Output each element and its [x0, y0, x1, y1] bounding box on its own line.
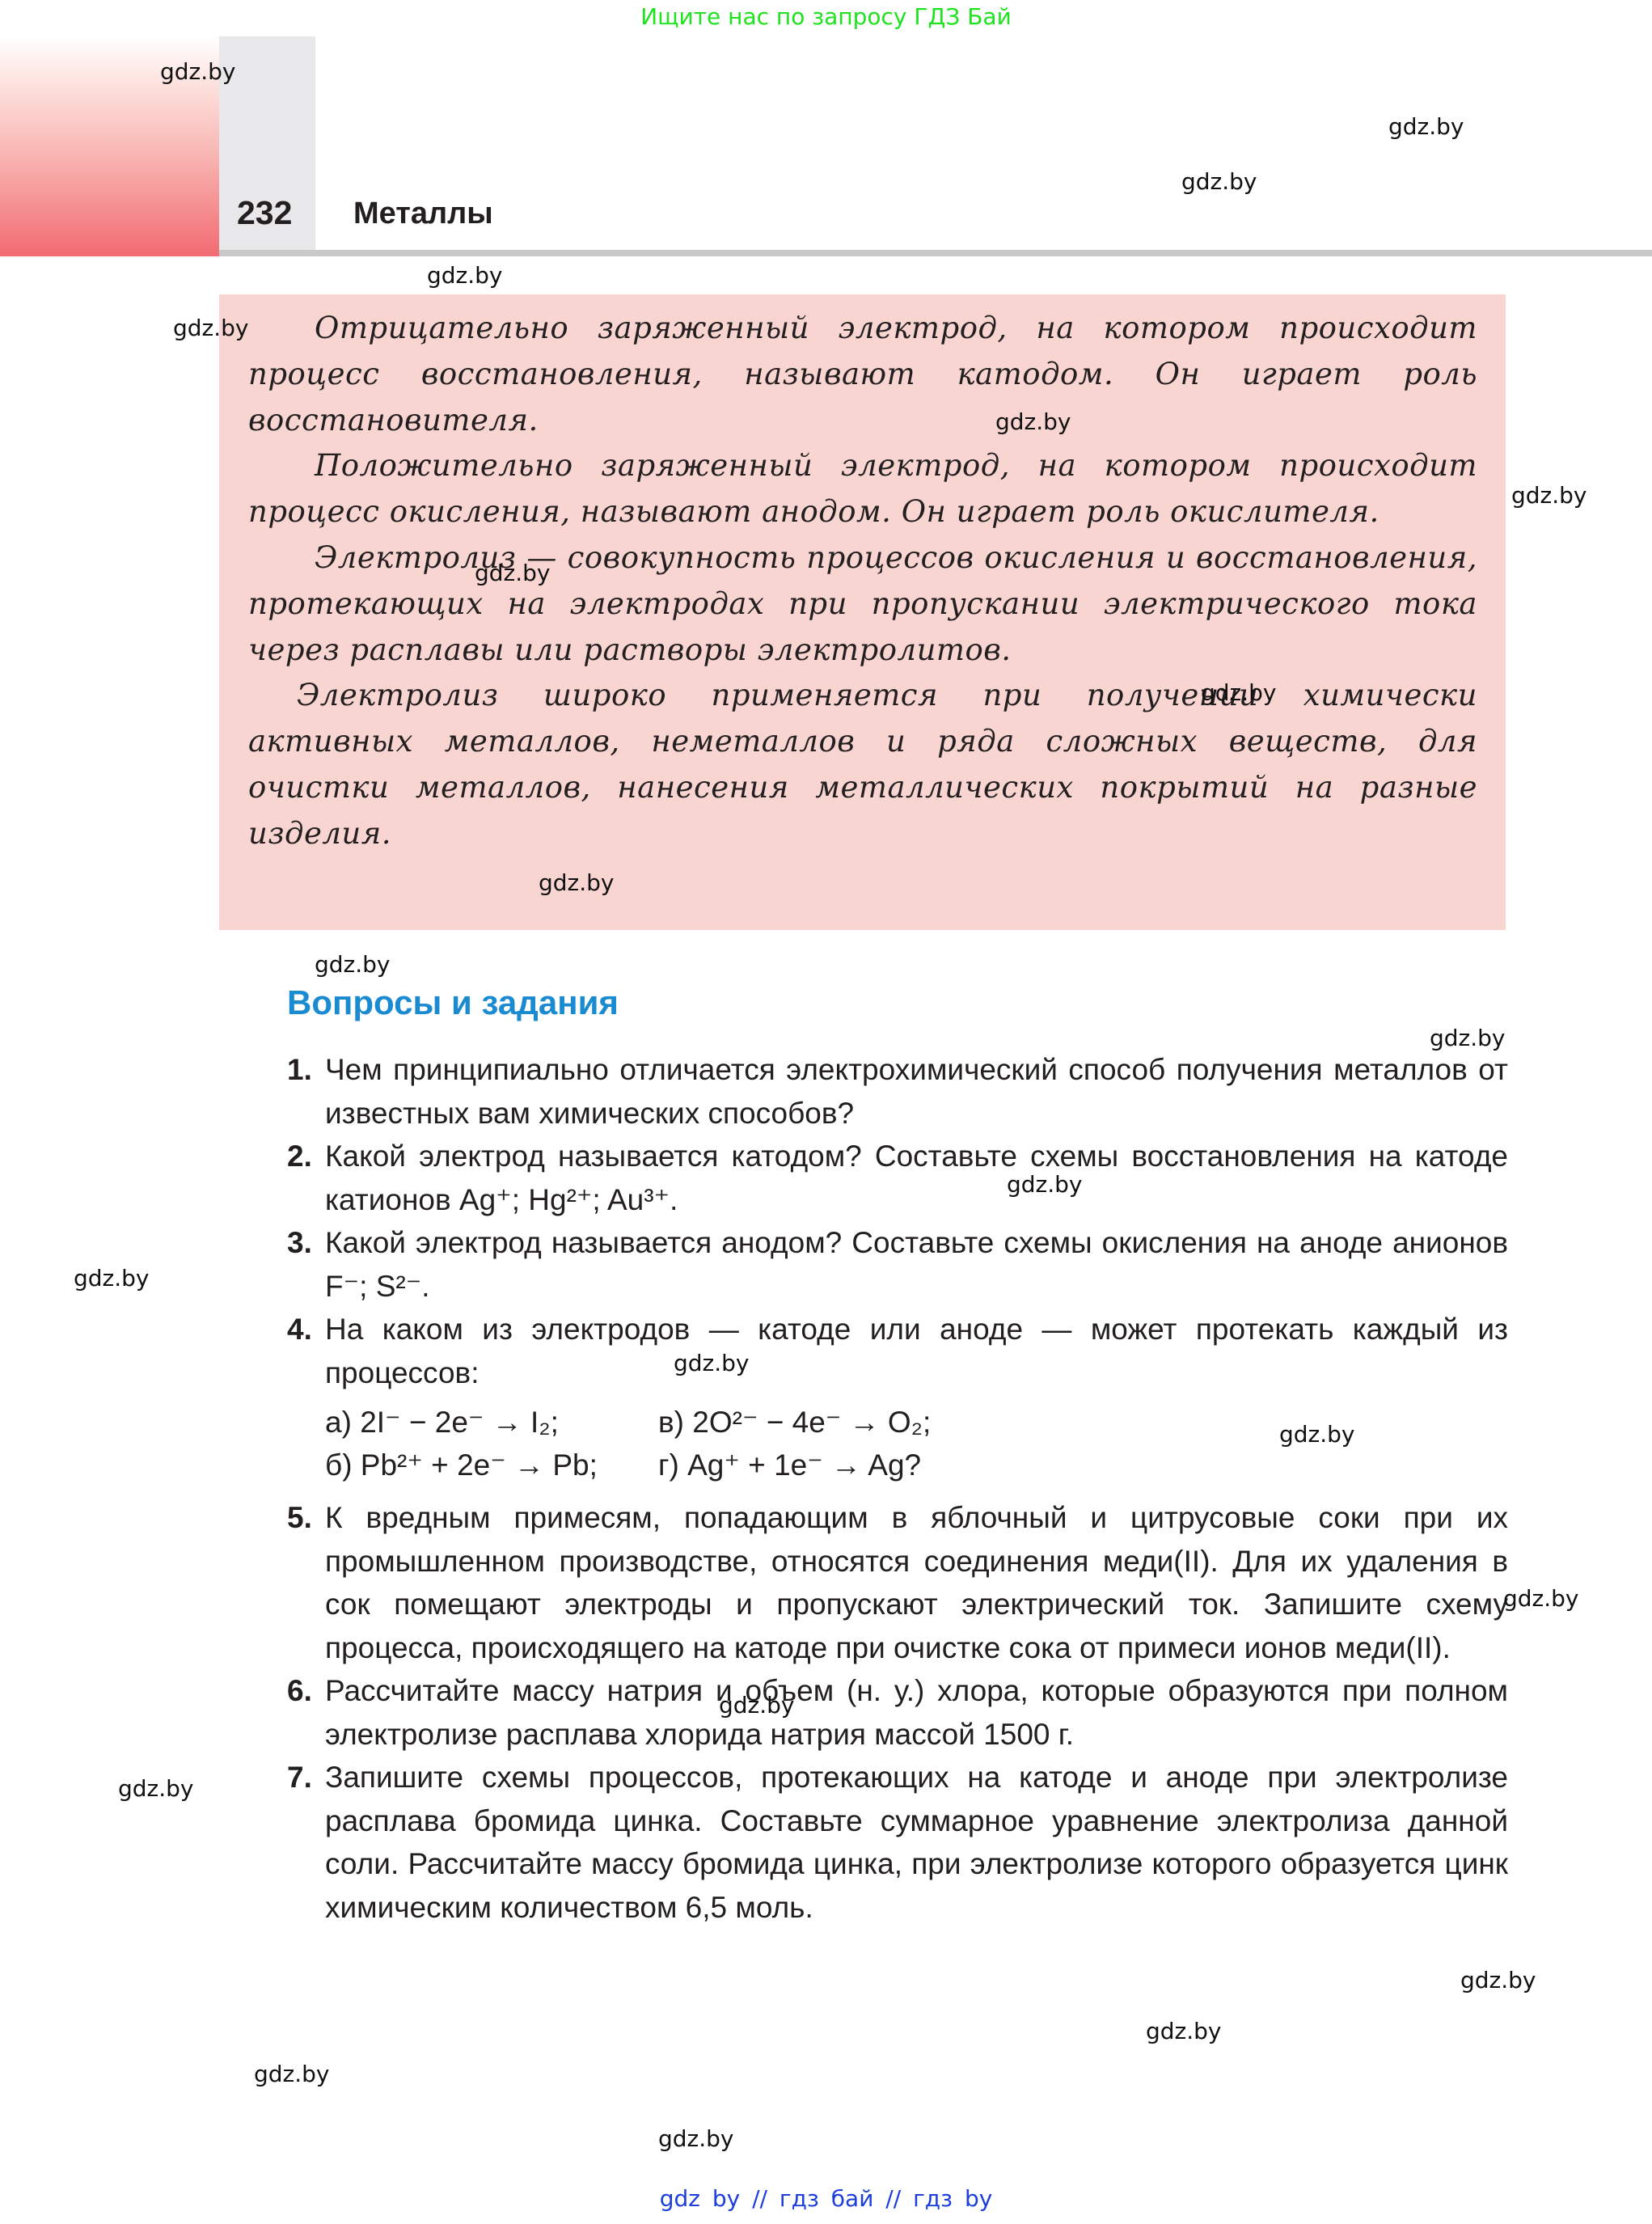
question-2: 2. Какой электрод называется катодом? Со…	[287, 1135, 1508, 1221]
reaction-row: б) Pb²⁺ + 2e⁻ → Pb; г) Ag⁺ + 1e⁻ → Ag?	[325, 1444, 1508, 1486]
question-4: 4. На каком из электродов — катоде или а…	[287, 1308, 1508, 1394]
footer-links: gdz by // гдз бай // гдз by	[0, 2185, 1652, 2212]
watermark: gdz.by	[427, 262, 503, 289]
header-divider	[219, 250, 1652, 256]
question-number: 1.	[287, 1048, 312, 1092]
watermark: gdz.by	[1460, 1967, 1536, 1994]
question-number: 6.	[287, 1669, 312, 1713]
question-1: 1. Чем принципиально отличается электрох…	[287, 1048, 1508, 1135]
reaction-b: б) Pb²⁺ + 2e⁻ → Pb;	[325, 1444, 658, 1486]
watermark: gdz.by	[1146, 2018, 1222, 2044]
question-6: 6. Рассчитайте массу натрия и объем (н. …	[287, 1669, 1508, 1756]
watermark: gdz.by	[173, 315, 249, 341]
watermark: gdz.by	[475, 560, 551, 586]
ion: S²⁻	[376, 1270, 422, 1303]
footer-link-gdz-by[interactable]: gdz by	[660, 2185, 741, 2212]
definition-anode: Положительно заряженный электрод, на кот…	[248, 443, 1477, 535]
question-number: 3.	[287, 1221, 312, 1265]
question-text: На каком из электродов — катоде или анод…	[325, 1313, 1508, 1389]
page-number: 232	[237, 194, 292, 232]
question-text: Чем принципиально отличается электрохими…	[325, 1053, 1508, 1130]
footer-link-gdz-by-cyr[interactable]: гдз by	[913, 2185, 992, 2212]
footer-separator: //	[752, 2185, 767, 2212]
watermark: gdz.by	[674, 1350, 750, 1376]
watermark: gdz.by	[658, 2125, 734, 2152]
electrolysis-applications: Электролиз широко применяется при получе…	[248, 673, 1477, 856]
watermark: gdz.by	[1388, 113, 1464, 140]
watermark: gdz.by	[719, 1692, 795, 1719]
chapter-title: Металлы	[353, 197, 493, 231]
ion: Au³⁺	[607, 1183, 670, 1216]
search-banner: Ищите нас по запросу ГДЗ Бай	[0, 3, 1652, 30]
question-text: Какой электрод называется анодом? Состав…	[325, 1226, 1508, 1259]
question-number: 2.	[287, 1135, 312, 1178]
watermark: gdz.by	[1511, 482, 1587, 509]
watermark: gdz.by	[1430, 1025, 1506, 1051]
reaction-a: а) 2I⁻ − 2e⁻ → I₂;	[325, 1401, 658, 1444]
watermark: gdz.by	[1007, 1171, 1083, 1198]
question-text: Запишите схемы процессов, протекающих на…	[325, 1761, 1508, 1924]
question-5: 5. К вредным примесям, попадающим в ябло…	[287, 1496, 1508, 1669]
watermark: gdz.by	[1503, 1585, 1579, 1612]
question-number: 5.	[287, 1496, 312, 1540]
watermark: gdz.by	[1201, 679, 1277, 706]
question-number: 7.	[287, 1756, 312, 1799]
reaction-v: в) 2O²⁻ − 4e⁻ → O₂;	[658, 1401, 931, 1444]
watermark: gdz.by	[254, 2061, 330, 2087]
ion: Ag⁺	[459, 1183, 512, 1216]
question-text: Рассчитайте массу натрия и объем (н. у.)…	[325, 1674, 1508, 1751]
question-7: 7. Запишите схемы процессов, протекающих…	[287, 1756, 1508, 1929]
watermark: gdz.by	[1279, 1421, 1355, 1448]
reaction-g: г) Ag⁺ + 1e⁻ → Ag?	[658, 1444, 921, 1486]
watermark: gdz.by	[315, 951, 391, 978]
ion: F⁻	[325, 1270, 359, 1303]
questions-list: 1. Чем принципиально отличается электрох…	[287, 1048, 1508, 1929]
watermark: gdz.by	[118, 1775, 194, 1802]
watermark: gdz.by	[539, 869, 615, 896]
watermark: gdz.by	[160, 58, 236, 85]
questions-heading: Вопросы и задания	[287, 983, 619, 1022]
question-number: 4.	[287, 1308, 312, 1351]
ion: Hg²⁺	[528, 1183, 592, 1216]
definition-text: Отрицательно заряженный электрод, на кот…	[248, 306, 1477, 857]
question-3: 3. Какой электрод называется анодом? Сос…	[287, 1221, 1508, 1308]
footer-link-gdz-bai[interactable]: гдз бай	[780, 2185, 873, 2212]
question-text: К вредным примесям, попадающим в яблочны…	[325, 1501, 1508, 1664]
watermark: gdz.by	[74, 1265, 150, 1292]
footer-separator: //	[885, 2185, 901, 2212]
watermark: gdz.by	[1181, 168, 1257, 195]
definition-cathode: Отрицательно заряженный электрод, на кот…	[248, 306, 1477, 443]
watermark: gdz.by	[995, 408, 1071, 435]
definition-electrolysis: Электролиз — совокупность процессов окис…	[248, 535, 1477, 673]
